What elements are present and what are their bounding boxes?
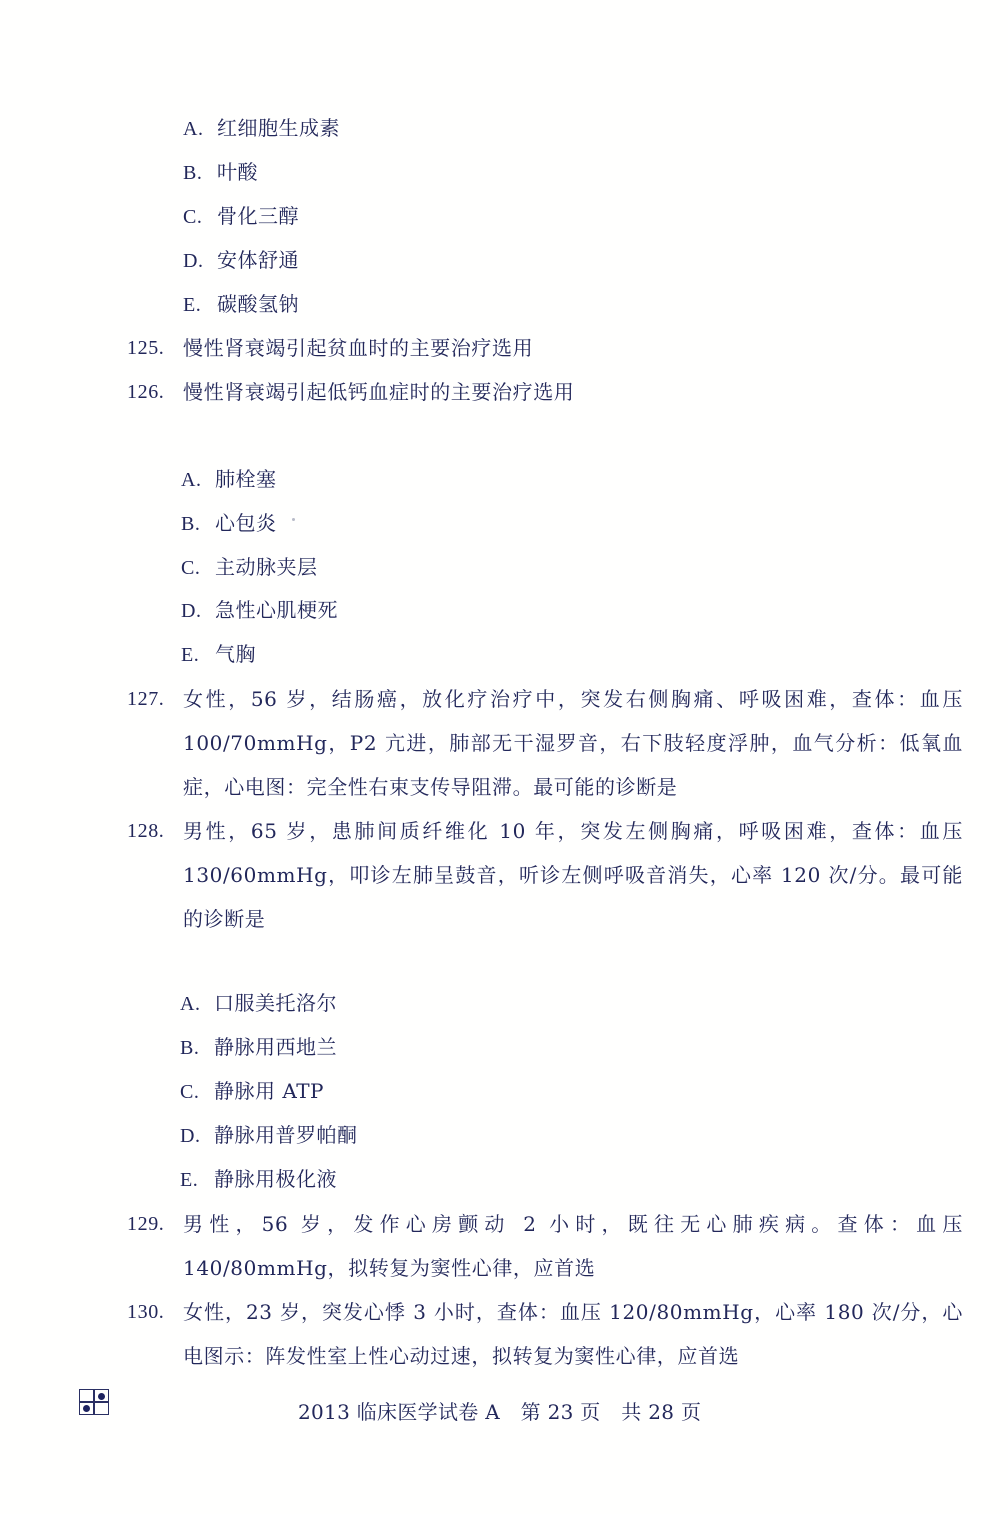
option-letter: A. — [180, 991, 214, 1017]
question-128: 128.男性，65 岁，患肺间质纤维化 10 年，突发左侧胸痛，呼吸困难，查体：… — [127, 809, 963, 941]
question-125: 125.慢性肾衰竭引起贫血时的主要治疗选用 — [127, 326, 963, 370]
option-text: 气胸 — [215, 642, 256, 666]
option-item: C.静脉用 ATP — [180, 1078, 324, 1105]
option-text: 心包炎 — [215, 511, 277, 535]
question-text: 慢性肾衰竭引起贫血时的主要治疗选用 — [183, 326, 963, 370]
option-letter: A. — [183, 116, 217, 142]
option-text: 口服美托洛尔 — [214, 991, 337, 1015]
question-127: 127.女性，56 岁，结肠癌，放化疗治疗中，突发右侧胸痛、呼吸困难，查体：血压… — [127, 677, 963, 809]
option-item: E.静脉用极化液 — [180, 1166, 337, 1193]
question-text: 女性，23 岁，突发心悸 3 小时，查体：血压 120/80mmHg，心率 18… — [183, 1290, 963, 1378]
option-text: 静脉用极化液 — [214, 1167, 337, 1191]
option-letter: B. — [180, 1035, 214, 1061]
option-text: 红细胞生成素 — [217, 116, 340, 140]
option-letter: B. — [181, 511, 215, 537]
option-letter: E. — [180, 1167, 214, 1193]
question-text: 慢性肾衰竭引起低钙血症时的主要治疗选用 — [183, 370, 963, 414]
exam-title: 2013 临床医学试卷 A — [298, 1400, 500, 1424]
option-letter: D. — [183, 248, 217, 274]
option-item: C.骨化三醇 — [183, 203, 299, 230]
option-item: D.安体舒通 — [183, 247, 299, 274]
option-item: A.口服美托洛尔 — [180, 990, 337, 1017]
option-item: C.主动脉夹层 — [181, 554, 318, 581]
page-total: 共 28 页 — [621, 1400, 701, 1424]
option-item: A.红细胞生成素 — [183, 115, 340, 142]
option-letter: C. — [180, 1079, 214, 1105]
option-letter: D. — [180, 1123, 214, 1149]
question-126: 126.慢性肾衰竭引起低钙血症时的主要治疗选用 — [127, 370, 963, 414]
option-letter: E. — [183, 292, 217, 318]
option-text: 安体舒通 — [217, 248, 299, 272]
option-letter: C. — [181, 555, 215, 581]
option-text: 静脉用 ATP — [214, 1079, 324, 1103]
option-text: 静脉用西地兰 — [214, 1035, 337, 1059]
option-item: B.心包炎 — [181, 510, 277, 537]
option-text: 静脉用普罗帕酮 — [214, 1123, 358, 1147]
question-number: 125. — [127, 326, 183, 370]
question-number: 129. — [127, 1202, 183, 1246]
option-letter: E. — [181, 642, 215, 668]
question-text: 男性，56 岁，发作心房颤动 2 小时，既往无心肺疾病。查体：血压 140/80… — [183, 1202, 963, 1290]
page-current: 第 23 页 — [521, 1400, 601, 1424]
question-text: 男性，65 岁，患肺间质纤维化 10 年，突发左侧胸痛，呼吸困难，查体：血压 1… — [183, 809, 963, 941]
option-item: D.急性心肌梗死 — [181, 597, 338, 624]
question-129: 129.男性，56 岁，发作心房颤动 2 小时，既往无心肺疾病。查体：血压 14… — [127, 1202, 963, 1290]
question-text: 女性，56 岁，结肠癌，放化疗治疗中，突发右侧胸痛、呼吸困难，查体：血压 100… — [183, 677, 963, 809]
option-letter: D. — [181, 598, 215, 624]
option-item: B.叶酸 — [183, 159, 258, 186]
question-number: 127. — [127, 677, 183, 721]
option-text: 碳酸氢钠 — [217, 292, 299, 316]
question-number: 128. — [127, 809, 183, 853]
question-number: 130. — [127, 1290, 183, 1334]
option-text: 骨化三醇 — [217, 204, 299, 228]
option-letter: C. — [183, 204, 217, 230]
question-130: 130.女性，23 岁，突发心悸 3 小时，查体：血压 120/80mmHg，心… — [127, 1290, 963, 1378]
exam-page: A.红细胞生成素 B.叶酸 C.骨化三醇 D.安体舒通 E.碳酸氢钠 125.慢… — [0, 0, 1008, 1514]
page-footer: 2013 临床医学试卷 A 第 23 页 共 28 页 — [298, 1397, 715, 1427]
scan-speck — [292, 518, 295, 521]
option-item: A.肺栓塞 — [181, 466, 277, 493]
option-item: E.碳酸氢钠 — [183, 291, 299, 318]
option-item: E.气胸 — [181, 641, 256, 668]
option-text: 肺栓塞 — [215, 467, 277, 491]
option-text: 叶酸 — [217, 160, 258, 184]
option-item: D.静脉用普罗帕酮 — [180, 1122, 358, 1149]
option-letter: A. — [181, 467, 215, 493]
option-text: 主动脉夹层 — [215, 555, 318, 579]
option-text: 急性心肌梗死 — [215, 598, 338, 622]
registration-mark-icon — [79, 1389, 109, 1415]
option-item: B.静脉用西地兰 — [180, 1034, 337, 1061]
option-letter: B. — [183, 160, 217, 186]
question-number: 126. — [127, 370, 183, 414]
